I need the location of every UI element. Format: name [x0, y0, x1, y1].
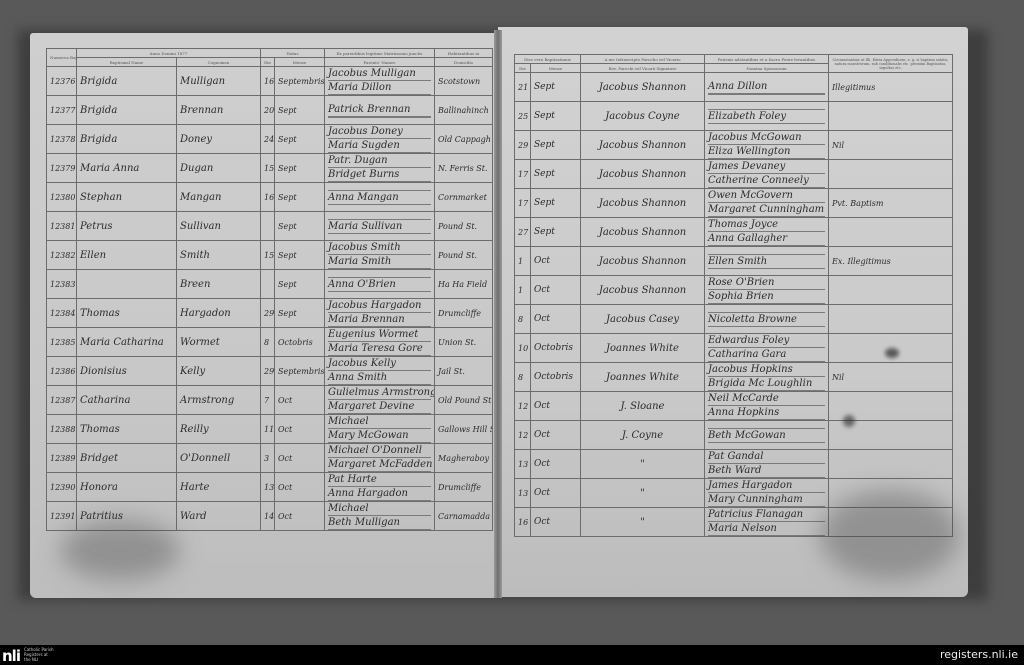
- parents: Jacobus DoneyMaria Sugden: [325, 125, 435, 154]
- residence: Magheraboy: [435, 444, 493, 473]
- minister: Jacobus Shannon: [581, 218, 705, 247]
- sponsor-two: Beth McGowan: [708, 429, 825, 443]
- residence: Jail St.: [435, 357, 493, 386]
- sponsor-one: Neil McCarde: [708, 392, 825, 406]
- minister: ": [581, 450, 705, 479]
- sponsors: Patricius FlanaganMaria Nelson: [705, 508, 829, 537]
- register-entry: 12OctJ. CoyneBeth McGowan: [515, 421, 953, 450]
- baptism-day: 13: [515, 450, 531, 479]
- residence: Scotstown: [435, 67, 493, 96]
- baptism-month: Oct: [531, 305, 581, 334]
- entry-number: 12383: [47, 270, 77, 299]
- sponsor-one: Thomas Joyce: [708, 218, 825, 232]
- minister: Jacobus Shannon: [581, 276, 705, 305]
- notes: [829, 450, 953, 479]
- sponsors: Pat GandalBeth Ward: [705, 450, 829, 479]
- residence: Ballinahinch: [435, 96, 493, 125]
- baptism-day: 16: [515, 508, 531, 537]
- birth-month: Oct: [275, 502, 325, 531]
- entry-number: 12376: [47, 67, 77, 96]
- minister: J. Sloane: [581, 392, 705, 421]
- parents: Patrick Brennan: [325, 96, 435, 125]
- subheader-day: Die: [515, 64, 531, 73]
- header-number: Numerus Baptizati: [47, 49, 77, 67]
- birth-month: Sept: [275, 96, 325, 125]
- father-name: Jacobus Smith: [328, 241, 431, 255]
- entry-number: 12382: [47, 241, 77, 270]
- entry-number: 12386: [47, 357, 77, 386]
- surname: Doney: [177, 125, 261, 154]
- subheader-domicile: Domicilio: [435, 58, 493, 67]
- baptism-month: Sept: [531, 73, 581, 102]
- surname: O'Donnell: [177, 444, 261, 473]
- baptism-month: Octobris: [531, 363, 581, 392]
- baptism-month: Sept: [531, 189, 581, 218]
- baptism-day: 1: [515, 247, 531, 276]
- parents: Anna Mangan: [325, 183, 435, 212]
- sponsors: Anna Dillon: [705, 73, 829, 102]
- birth-month: Sept: [275, 270, 325, 299]
- baptism-day: 17: [515, 189, 531, 218]
- sponsor-one: Edwardus Foley: [708, 334, 825, 348]
- mother-name: Mary McGowan: [328, 429, 431, 443]
- birth-day: [261, 212, 275, 241]
- baptismal-name: Maria Anna: [77, 154, 177, 183]
- baptism-day: 12: [515, 421, 531, 450]
- father-name: Eugenius Wormet: [328, 328, 431, 342]
- residence: N. Ferris St.: [435, 154, 493, 183]
- register-entry: 10OctobrisJoannes WhiteEdwardus FoleyCat…: [515, 334, 953, 363]
- sponsors: Rose O'BrienSophia Brien: [705, 276, 829, 305]
- register-entry: 27SeptJacobus ShannonThomas JoyceAnna Ga…: [515, 218, 953, 247]
- register-entry: 13Oct"Pat GandalBeth Ward: [515, 450, 953, 479]
- sponsor-one: Rose O'Brien: [708, 276, 825, 290]
- birth-month: Oct: [275, 473, 325, 502]
- notes: Ex. Illegitimus: [829, 247, 953, 276]
- register-entry: 25SeptJacobus CoyneElizabeth Foley: [515, 102, 953, 131]
- minister: Jacobus Casey: [581, 305, 705, 334]
- residence: Old Pound St.: [435, 386, 493, 415]
- entry-number: 12390: [47, 473, 77, 502]
- sponsor-two: Eliza Wellington: [708, 145, 825, 159]
- sponsors: Beth McGowan: [705, 421, 829, 450]
- residence: Old Cappagh: [435, 125, 493, 154]
- parents: Jacobus HargadonMaria Brennan: [325, 299, 435, 328]
- baptismal-name: Maria Catharina: [77, 328, 177, 357]
- mother-name: Maria Sugden: [328, 139, 431, 153]
- parents: Patr. DuganBridget Burns: [325, 154, 435, 183]
- sponsor-two: Ellen Smith: [708, 255, 825, 269]
- minister: Jacobus Shannon: [581, 189, 705, 218]
- notes: Nil: [829, 131, 953, 160]
- register-entry: 12381PetrusSullivanSeptMaria SullivanPou…: [47, 212, 493, 241]
- register-entry: 8OctJacobus CaseyNicoletta Browne: [515, 305, 953, 334]
- parents: MichaelMary McGowan: [325, 415, 435, 444]
- father-name: Patrick Brennan: [328, 103, 431, 117]
- subheader-day: Die: [261, 58, 275, 67]
- sponsor-two: Sophia Brien: [708, 290, 825, 304]
- sponsor-two: Elizabeth Foley: [708, 110, 825, 124]
- parents: Jacobus MulliganMaria Dillon: [325, 67, 435, 96]
- mother-name: Margaret Devine: [328, 400, 431, 414]
- register-entry: 12377BrigidaBrennan20SeptPatrick Brennan…: [47, 96, 493, 125]
- father-name: Michael: [328, 415, 431, 429]
- minister: Jacobus Shannon: [581, 131, 705, 160]
- register-entry: 21SeptJacobus ShannonAnna DillonIllegiti…: [515, 73, 953, 102]
- surname: Brennan: [177, 96, 261, 125]
- surname: Ward: [177, 502, 261, 531]
- subheader-surname: Cognomen: [177, 58, 261, 67]
- register-entry: 1OctJacobus ShannonEllen SmithEx. Illegi…: [515, 247, 953, 276]
- mother-name: Maria Dillon: [328, 81, 431, 95]
- parents: Jacobus KellyAnna Smith: [325, 357, 435, 386]
- surname: Mulligan: [177, 67, 261, 96]
- birth-day: 7: [261, 386, 275, 415]
- baptismal-name: Honora: [77, 473, 177, 502]
- mother-name: Anna Smith: [328, 371, 431, 385]
- notes: Nil: [829, 363, 953, 392]
- birth-day: 20: [261, 96, 275, 125]
- residence: Pound St.: [435, 212, 493, 241]
- header-natus: Natus: [261, 49, 325, 58]
- birth-month: Septembris: [275, 67, 325, 96]
- baptismal-name: Brigida: [77, 96, 177, 125]
- mother-name: Margaret McFadden: [328, 458, 431, 472]
- baptism-day: 12: [515, 392, 531, 421]
- sponsors: James DevaneyCatherine Conneely: [705, 160, 829, 189]
- father-name: Jacobus Kelly: [328, 357, 431, 371]
- mother-name: Anna Hargadon: [328, 487, 431, 501]
- birth-day: 29: [261, 357, 275, 386]
- baptismal-name: Stephan: [77, 183, 177, 212]
- parents: MichaelBeth Mulligan: [325, 502, 435, 531]
- sponsor-two: Brigida Mc Loughlin: [708, 377, 825, 391]
- entry-number: 12378: [47, 125, 77, 154]
- baptism-day: 17: [515, 160, 531, 189]
- birth-month: Oct: [275, 415, 325, 444]
- book-gutter: [494, 30, 502, 598]
- residence: Pound St.: [435, 241, 493, 270]
- ink-blot: [885, 348, 899, 358]
- baptism-register-left: Numerus Baptizati Anno Domini 1877 Natus…: [46, 48, 493, 531]
- parents: Michael O'DonnellMargaret McFadden: [325, 444, 435, 473]
- surname: Mangan: [177, 183, 261, 212]
- register-entry: 1OctJacobus ShannonRose O'BrienSophia Br…: [515, 276, 953, 305]
- subheader-minister: Rev. Parochi vel Vicarii Signature: [581, 64, 705, 73]
- baptismal-name: Dionisius: [77, 357, 177, 386]
- birth-month: Sept: [275, 125, 325, 154]
- baptism-register-right: Dies vero Baptizationis A me Infrascript…: [514, 54, 953, 537]
- sponsors: Jacobus McGowanEliza Wellington: [705, 131, 829, 160]
- register-entry: 12386DionisiusKelly29SeptembrisJacobus K…: [47, 357, 493, 386]
- baptismal-name: Brigida: [77, 125, 177, 154]
- residence: Union St.: [435, 328, 493, 357]
- register-entry: 12379Maria AnnaDugan15SeptPatr. DuganBri…: [47, 154, 493, 183]
- page-stain: [60, 520, 180, 580]
- nli-logo[interactable]: nli: [2, 647, 20, 665]
- sponsor-one: Anna Dillon: [708, 80, 825, 94]
- birth-month: Oct: [275, 386, 325, 415]
- register-entry: 12383BreenSeptAnna O'BrienHa Ha Field: [47, 270, 493, 299]
- parents: Gulielmus ArmstrongMargaret Devine: [325, 386, 435, 415]
- birth-day: 3: [261, 444, 275, 473]
- father-name: Jacobus Mulligan: [328, 67, 431, 81]
- birth-day: 15: [261, 154, 275, 183]
- register-entry: 17SeptJacobus ShannonOwen McGovernMargar…: [515, 189, 953, 218]
- mother-name: Anna O'Brien: [328, 278, 431, 292]
- sponsor-two: Anna Hopkins: [708, 406, 825, 420]
- baptism-day: 13: [515, 479, 531, 508]
- birth-day: 16: [261, 67, 275, 96]
- surname: Smith: [177, 241, 261, 270]
- minister: ": [581, 479, 705, 508]
- residence: Drumcliffe: [435, 473, 493, 502]
- birth-month: Septembris: [275, 357, 325, 386]
- birth-month: Sept: [275, 241, 325, 270]
- sponsors: James HargadonMary Cunningham: [705, 479, 829, 508]
- page-stain: [820, 490, 960, 580]
- sponsor-one: James Hargadon: [708, 479, 825, 493]
- birth-day: 15: [261, 241, 275, 270]
- ink-blot: [843, 415, 855, 427]
- entry-number: 12389: [47, 444, 77, 473]
- sponsors: Ellen Smith: [705, 247, 829, 276]
- sponsor-two: Maria Nelson: [708, 522, 825, 536]
- entry-number: 12379: [47, 154, 77, 183]
- baptism-month: Oct: [531, 421, 581, 450]
- baptismal-name: Bridget: [77, 444, 177, 473]
- sponsor-two: Beth Ward: [708, 464, 825, 478]
- surname: Dugan: [177, 154, 261, 183]
- notes: Pvt. Baptism: [829, 189, 953, 218]
- header-notes: Circumstantiae ut Illi. Extra Appendicem…: [829, 55, 953, 73]
- header-minister: A me Infrascripto Parocho vel Vicario: [581, 55, 705, 64]
- birth-day: 8: [261, 328, 275, 357]
- register-entry: 29SeptJacobus ShannonJacobus McGowanEliz…: [515, 131, 953, 160]
- birth-month: Sept: [275, 183, 325, 212]
- surname: Kelly: [177, 357, 261, 386]
- father-name: Patr. Dugan: [328, 154, 431, 168]
- surname: Breen: [177, 270, 261, 299]
- register-entry: 12385Maria CatharinaWormet8OctobrisEugen…: [47, 328, 493, 357]
- mother-name: Maria Teresa Gore: [328, 342, 431, 356]
- father-name: Jacobus Doney: [328, 125, 431, 139]
- subheader-month: Mense: [275, 58, 325, 67]
- birth-month: Oct: [275, 444, 325, 473]
- baptism-month: Oct: [531, 392, 581, 421]
- mother-name: Maria Brennan: [328, 313, 431, 327]
- baptismal-name: Petrus: [77, 212, 177, 241]
- register-entry: 12382EllenSmith15SeptJacobus SmithMaria …: [47, 241, 493, 270]
- sponsor-one: Pat Gandal: [708, 450, 825, 464]
- birth-month: Octobris: [275, 328, 325, 357]
- baptism-month: Oct: [531, 247, 581, 276]
- register-entry: 12OctJ. SloaneNeil McCardeAnna Hopkins: [515, 392, 953, 421]
- entry-number: 12380: [47, 183, 77, 212]
- mother-name: Bridget Burns: [328, 168, 431, 182]
- birth-day: 11: [261, 415, 275, 444]
- surname: Harte: [177, 473, 261, 502]
- sponsor-one: Jacobus McGowan: [708, 131, 825, 145]
- father-name: Jacobus Hargadon: [328, 299, 431, 313]
- birth-day: 13: [261, 473, 275, 502]
- sponsor-two: Mary Cunningham: [708, 493, 825, 507]
- surname: Hargadon: [177, 299, 261, 328]
- sponsor-two: Catherine Conneely: [708, 174, 825, 188]
- baptismal-name: [77, 270, 177, 299]
- entry-number: 12377: [47, 96, 77, 125]
- nli-logo-caption: Catholic Parish Registers at the NLI: [24, 647, 54, 662]
- baptism-day: 8: [515, 363, 531, 392]
- baptism-month: Sept: [531, 218, 581, 247]
- register-entry: 8OctobrisJoannes WhiteJacobus HopkinsBri…: [515, 363, 953, 392]
- father-name: Michael: [328, 502, 431, 516]
- mother-name: Beth Mulligan: [328, 516, 431, 530]
- baptism-month: Oct: [531, 479, 581, 508]
- sponsor-two: Catharina Gara: [708, 348, 825, 362]
- notes: [829, 276, 953, 305]
- sponsor-one: Owen McGovern: [708, 189, 825, 203]
- baptism-day: 8: [515, 305, 531, 334]
- birth-month: Sept: [275, 299, 325, 328]
- header-residence: Habitantibus in: [435, 49, 493, 58]
- residence: Cornmarket: [435, 183, 493, 212]
- sponsors: Elizabeth Foley: [705, 102, 829, 131]
- baptismal-name: Thomas: [77, 415, 177, 444]
- sponsor-two: Anna Gallagher: [708, 232, 825, 246]
- minister: Joannes White: [581, 363, 705, 392]
- baptismal-name: Thomas: [77, 299, 177, 328]
- residence: Carnamadda: [435, 502, 493, 531]
- minister: Joannes White: [581, 334, 705, 363]
- subheader-sponsors: Nomina Sponsorum: [705, 64, 829, 73]
- entry-number: 12384: [47, 299, 77, 328]
- mother-name: Maria Sullivan: [328, 220, 431, 234]
- header-sponsors: Patrinis adstantibus et a Sacro Fonte le…: [705, 55, 829, 64]
- birth-day: 14: [261, 502, 275, 531]
- minister: ": [581, 508, 705, 537]
- mother-name: Maria Smith: [328, 255, 431, 269]
- minister: J. Coyne: [581, 421, 705, 450]
- baptismal-name: Catharina: [77, 386, 177, 415]
- sponsor-two: Margaret Cunningham: [708, 203, 825, 217]
- viewer-footer: nli Catholic Parish Registers at the NLI…: [0, 645, 1024, 665]
- sponsors: Neil McCardeAnna Hopkins: [705, 392, 829, 421]
- baptism-day: 29: [515, 131, 531, 160]
- register-entry: 12390HonoraHarte13OctPat HarteAnna Harga…: [47, 473, 493, 502]
- residence: Drumcliffe: [435, 299, 493, 328]
- entry-number: 12387: [47, 386, 77, 415]
- register-entry: 12380StephanMangan16SeptAnna ManganCornm…: [47, 183, 493, 212]
- birth-day: 29: [261, 299, 275, 328]
- birth-month: Sept: [275, 154, 325, 183]
- father-name: Pat Harte: [328, 473, 431, 487]
- register-entry: 12384ThomasHargadon29SeptJacobus Hargado…: [47, 299, 493, 328]
- sponsor-one: Jacobus Hopkins: [708, 363, 825, 377]
- parents: Eugenius WormetMaria Teresa Gore: [325, 328, 435, 357]
- surname: Armstrong: [177, 386, 261, 415]
- subheader-baptismal-name: Baptismal Name: [77, 58, 177, 67]
- baptism-day: 27: [515, 218, 531, 247]
- register-entry: 12387CatharinaArmstrong7OctGulielmus Arm…: [47, 386, 493, 415]
- sponsors: Owen McGovernMargaret Cunningham: [705, 189, 829, 218]
- subheader-parents: Parents' Names: [325, 58, 435, 67]
- minister: Jacobus Coyne: [581, 102, 705, 131]
- notes: [829, 305, 953, 334]
- site-link[interactable]: registers.nli.ie: [940, 648, 1018, 661]
- mother-name: [328, 117, 431, 118]
- notes: [829, 160, 953, 189]
- baptism-month: Oct: [531, 450, 581, 479]
- entry-number: 12381: [47, 212, 77, 241]
- notes: [829, 102, 953, 131]
- notes: Illegitimus: [829, 73, 953, 102]
- baptism-day: 25: [515, 102, 531, 131]
- header-anno: Anno Domini 1877: [77, 49, 261, 58]
- parents: Anna O'Brien: [325, 270, 435, 299]
- parents: Maria Sullivan: [325, 212, 435, 241]
- sponsors: Jacobus HopkinsBrigida Mc Loughlin: [705, 363, 829, 392]
- baptism-month: Sept: [531, 102, 581, 131]
- mother-name: Anna Mangan: [328, 191, 431, 205]
- sponsor-two: [708, 94, 825, 95]
- sponsor-one: James Devaney: [708, 160, 825, 174]
- entry-number: 12385: [47, 328, 77, 357]
- header-parents: Ex parentibus legitime Matrimonio juncti…: [325, 49, 435, 58]
- baptismal-name: Ellen: [77, 241, 177, 270]
- surname: Wormet: [177, 328, 261, 357]
- sponsor-two: Nicoletta Browne: [708, 313, 825, 327]
- birth-day: [261, 270, 275, 299]
- minister: Jacobus Shannon: [581, 247, 705, 276]
- notes: [829, 218, 953, 247]
- subheader-month: Mense: [531, 64, 581, 73]
- parents: Jacobus SmithMaria Smith: [325, 241, 435, 270]
- residence: Gallows Hill St.: [435, 415, 493, 444]
- baptism-month: Sept: [531, 131, 581, 160]
- register-entry: 12378BrigidaDoney24SeptJacobus DoneyMari…: [47, 125, 493, 154]
- baptism-day: 10: [515, 334, 531, 363]
- baptism-day: 1: [515, 276, 531, 305]
- residence: Ha Ha Field: [435, 270, 493, 299]
- register-entry: 17SeptJacobus ShannonJames DevaneyCather…: [515, 160, 953, 189]
- register-entry: 12389BridgetO'Donnell3OctMichael O'Donne…: [47, 444, 493, 473]
- baptism-day: 21: [515, 73, 531, 102]
- sponsors: Edwardus FoleyCatharina Gara: [705, 334, 829, 363]
- register-entry: 12388ThomasReilly11OctMichaelMary McGowa…: [47, 415, 493, 444]
- sponsors: Nicoletta Browne: [705, 305, 829, 334]
- minister: Jacobus Shannon: [581, 73, 705, 102]
- father-name: Gulielmus Armstrong: [328, 386, 431, 400]
- baptism-month: Oct: [531, 276, 581, 305]
- birth-month: Sept: [275, 212, 325, 241]
- surname: Reilly: [177, 415, 261, 444]
- baptism-month: Oct: [531, 508, 581, 537]
- baptismal-name: Brigida: [77, 67, 177, 96]
- entry-number: 12388: [47, 415, 77, 444]
- minister: Jacobus Shannon: [581, 160, 705, 189]
- register-entry: 12376BrigidaMulligan16SeptembrisJacobus …: [47, 67, 493, 96]
- father-name: Michael O'Donnell: [328, 444, 431, 458]
- parents: Pat HarteAnna Hargadon: [325, 473, 435, 502]
- sponsor-one: Patricius Flanagan: [708, 508, 825, 522]
- baptism-month: Octobris: [531, 334, 581, 363]
- surname: Sullivan: [177, 212, 261, 241]
- image-viewer[interactable]: Numerus Baptizati Anno Domini 1877 Natus…: [0, 0, 1024, 645]
- sponsors: Thomas JoyceAnna Gallagher: [705, 218, 829, 247]
- header-baptism-date: Dies vero Baptizationis: [515, 55, 581, 64]
- entry-number: 12391: [47, 502, 77, 531]
